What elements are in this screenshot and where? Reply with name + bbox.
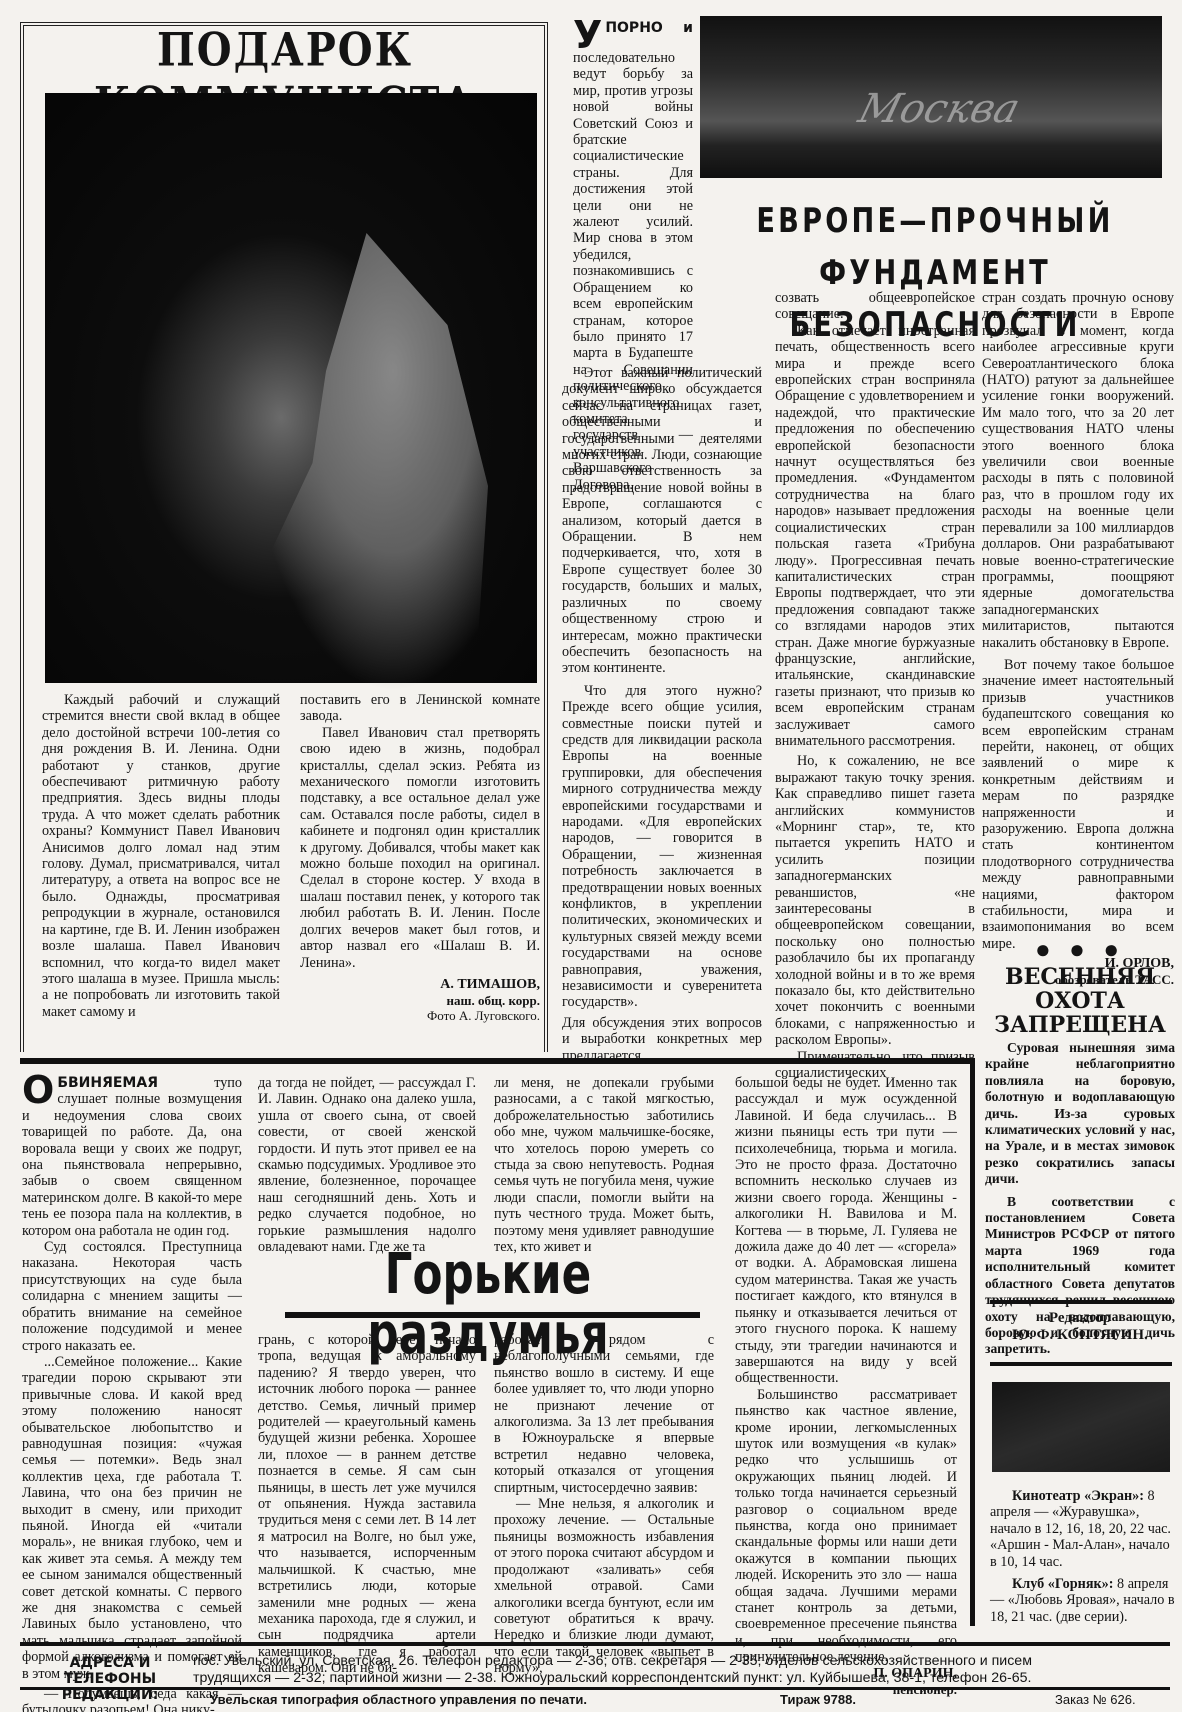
hunt-notice-title: ВЕСЕННЯЯ ОХОТА ЗАПРЕЩЕНА [980,965,1180,1037]
footer-bottom-rule [20,1687,1170,1690]
europe-col2: созвать общеевропейское совещание. Как о… [775,290,975,1082]
order-number: Заказ № 626. [1055,1692,1136,1707]
editor-block: Редактор Ю. Ф. КОПТЯГИН. [985,1310,1175,1344]
bitter-text: ли меня, не допекали грубыми разносами, … [494,1075,714,1255]
bitter-col3-top: ли меня, не допекали грубыми разносами, … [494,1075,714,1255]
europe-text: созвать общеевропейское совещание. [775,290,975,323]
drop-cap: У [573,20,602,50]
photo-script-decoration: Mосква [854,86,1025,132]
gift-author: А. ТИМАШОВ, [300,977,540,993]
footer-line: трудящихся — 2-32; партийной жизни — 2-3… [193,1670,1153,1687]
footer-label: АДРЕСА И ТЕЛЕФОНЫ РЕДАКЦИИ: [30,1655,190,1703]
crystal-hut-photo [45,93,537,683]
editor-label: Редактор [985,1310,1175,1327]
bitter-text: грань, с которой берет начало тропа, вед… [258,1332,476,1677]
lead-caps: БВИНЯЕМАЯ [57,1075,158,1091]
bitter-col1: ОБВИНЯЕМАЯ тупо слушает полные возмущени… [22,1075,242,1712]
hunt-text: Суровая нынешняя зима крайне неблагоприя… [985,1040,1175,1188]
gift-article-text: поставить его в Ленинской комнате завода… [300,692,540,725]
circulation: Тираж 9788. [780,1692,856,1707]
europe-text: Что для этого нужно? Прежде всего общие … [562,683,762,1011]
editor-name: Ю. Ф. КОПТЯГИН. [985,1327,1175,1344]
europe-text: Для обсуждения этих вопросов и выработки… [562,1015,762,1064]
bitter-text: ...Семейное положение... Какие трагедии … [22,1354,242,1682]
europe-col1: Этот важный политический документ широко… [562,365,762,1064]
bitter-text: тупо слушает полные возмущения и недоуме… [22,1075,242,1239]
divider [990,1362,1172,1366]
footer-contacts: пос. Увельский, ул. Советская, 26. Телеф… [193,1653,1153,1686]
printer-info: Увельская типография областного управлен… [210,1692,587,1707]
gift-article-text: Павел Иванович стал претворять свою идею… [300,725,540,971]
cinema-photo [992,1382,1170,1472]
gift-author-role: наш. общ. корр. [300,993,540,1008]
separator-dots: ● ● ● [1020,935,1140,965]
cinema-name: Кинотеатр «Экран»: [1012,1488,1144,1504]
bitter-col4: большой беды не будет. Именно так рассуж… [735,1075,957,1697]
drop-cap: О [22,1075,54,1105]
club-name: Клуб «Горняк»: [1012,1576,1114,1592]
photo-credit: Фото А. Луговского. [300,1008,540,1024]
europe-text: Этот важный политический документ широко… [562,365,762,677]
crystal-model-image [245,233,515,693]
footer-top-rule [20,1642,1170,1646]
europe-text: Вот почему такое большое значение имеет … [982,657,1174,952]
bitter-text: большой беды не будет. Именно так рассуж… [735,1075,957,1387]
bitter-col2: грань, с которой берет начало тропа, вед… [258,1332,476,1677]
lead-caps: ПОРНО и [605,20,693,36]
bitter-text: да тогда не пойдет, — рассуждал Г. И. Ла… [258,1075,476,1255]
gift-article-col1: Каждый рабочий и служащий стремится внес… [42,692,280,1020]
bitter-text: Суд состоялся. Преступница наказана. Нек… [22,1239,242,1354]
europe-text: Как отмечает иностранная печать, обществ… [775,323,975,750]
bitter-text: — Мне нельзя, я алкоголик и прохожу лече… [494,1496,714,1676]
europe-text: Но, к сожалению, не все выражают такую т… [775,753,975,1048]
bitter-col3: работает рядом с неблагополучными семьям… [494,1332,714,1677]
footer-line: пос. Увельский, ул. Советская, 26. Телеф… [193,1653,1153,1670]
gift-article-text: Каждый рабочий и служащий стремится внес… [42,692,280,1020]
europe-text: стран создать прочную основу для безопас… [982,290,1174,651]
cinema-listings: Кинотеатр «Экран»: 8 апреля — «Журавушка… [990,1488,1175,1625]
europe-header-photo: Mосква [700,16,1162,178]
bitter-text: Большинство рассматривает пьянство как ч… [735,1387,957,1666]
title-underline [285,1312,700,1318]
bitter-text: работает рядом с неблагополучными семьям… [494,1332,714,1496]
europe-col3: стран создать прочную основу для безопас… [982,290,1174,987]
title-line: ЕВРОПЕ—ПРОЧНЫЙ [747,195,1123,247]
bitter-col2-top: да тогда не пойдет, — рассуждал Г. И. Ла… [258,1075,476,1255]
divider [990,1300,1172,1304]
gift-article-col2: поставить его в Ленинской комнате завода… [300,692,540,1024]
